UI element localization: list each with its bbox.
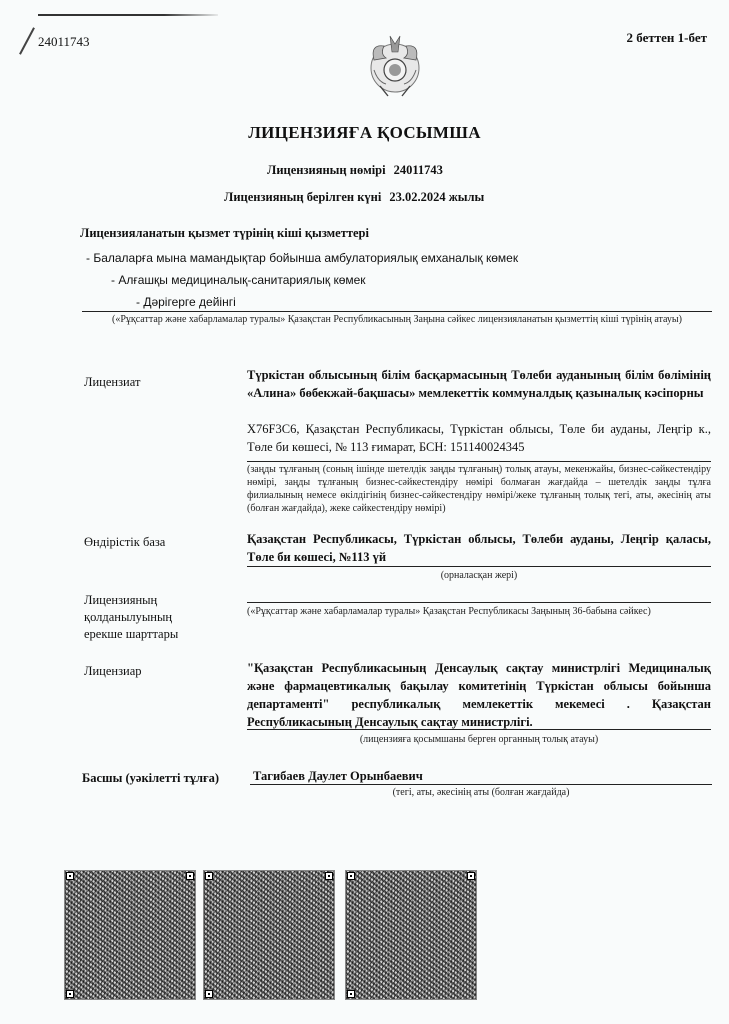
qr-finder-mark xyxy=(186,872,194,880)
qr-finder-mark xyxy=(66,990,74,998)
licensee-label: Лицензиат xyxy=(84,375,140,390)
license-number-label: Лицензияның нөмірі xyxy=(267,163,386,178)
licensee-name: Түркістан облысының білім басқармасының … xyxy=(247,366,711,402)
license-number-value: 24011743 xyxy=(394,163,443,177)
divider xyxy=(247,602,711,603)
divider xyxy=(247,461,711,462)
pen-mark xyxy=(19,27,35,54)
licensor-caption: (лицензияға қосымшаны берген органның то… xyxy=(247,733,711,746)
qr-code xyxy=(64,870,196,1000)
top-rule xyxy=(38,14,218,16)
document-title: ЛИЦЕНЗИЯҒА ҚОСЫМША xyxy=(0,123,729,143)
license-date-label: Лицензияның берілген күні xyxy=(224,190,381,205)
divider xyxy=(250,784,712,785)
special-conditions-label-line: қолданылуының xyxy=(84,609,178,626)
special-conditions-label-line: Лицензияның xyxy=(84,592,178,609)
qr-finder-mark xyxy=(66,872,74,880)
license-number-row: Лицензияның нөмірі24011743 xyxy=(267,163,443,178)
divider xyxy=(247,566,711,567)
divider xyxy=(247,729,711,730)
licensee-caption: (заңды тұлғаның (соның ішінде шетелдік з… xyxy=(247,463,711,515)
qr-finder-mark xyxy=(205,990,213,998)
page-indicator: 2 беттен 1-бет xyxy=(627,30,707,46)
license-date-row: Лицензияның берілген күні23.02.2024 жылы xyxy=(224,190,484,205)
subservice-item: - Балаларға мына мамандықтар бойынша амб… xyxy=(86,251,518,265)
qr-finder-mark xyxy=(205,872,213,880)
head-caption: (тегі, аты, әкесінің аты (болған жағдайд… xyxy=(250,786,712,799)
subservices-heading: Лицензияланатын қызмет түрінің кіші қызм… xyxy=(80,226,369,241)
licensee-address: X76F3C6, Қазақстан Республикасы, Түркіст… xyxy=(247,420,711,456)
qr-code xyxy=(203,870,335,1000)
subservice-item: - Алғашқы медициналық-санитариялық көмек xyxy=(111,273,366,287)
special-conditions-label-line: ерекше шарттары xyxy=(84,626,178,643)
qr-finder-mark xyxy=(347,990,355,998)
divider xyxy=(82,311,712,312)
qr-finder-mark xyxy=(467,872,475,880)
subservices-caption: («Рұқсаттар және хабарламалар туралы» Қа… xyxy=(82,313,712,326)
production-base-caption: (орналасқан жері) xyxy=(247,569,711,582)
qr-finder-mark xyxy=(325,872,333,880)
licensor-label: Лицензиар xyxy=(84,664,142,679)
license-date-value: 23.02.2024 жылы xyxy=(389,190,484,204)
production-base-value: Қазақстан Республикасы, Түркістан облысы… xyxy=(247,530,711,566)
special-conditions-label: Лицензияның қолданылуының ерекше шарттар… xyxy=(84,592,178,643)
document-number: 24011743 xyxy=(38,34,90,50)
production-base-label: Өндірістік база xyxy=(84,535,165,550)
head-value: Тагибаев Даулет Орынбаевич xyxy=(253,769,423,784)
head-label: Басшы (уәкілетті тұлға) xyxy=(82,771,219,786)
licensor-value: "Қазақстан Республикасының Денсаулық сақ… xyxy=(247,659,711,731)
special-conditions-caption: («Рұқсаттар және хабарламалар туралы» Қа… xyxy=(247,605,711,618)
state-emblem-icon xyxy=(360,30,430,100)
qr-finder-mark xyxy=(347,872,355,880)
qr-code xyxy=(345,870,477,1000)
subservice-item: - Дәрігерге дейінгі xyxy=(136,295,236,309)
